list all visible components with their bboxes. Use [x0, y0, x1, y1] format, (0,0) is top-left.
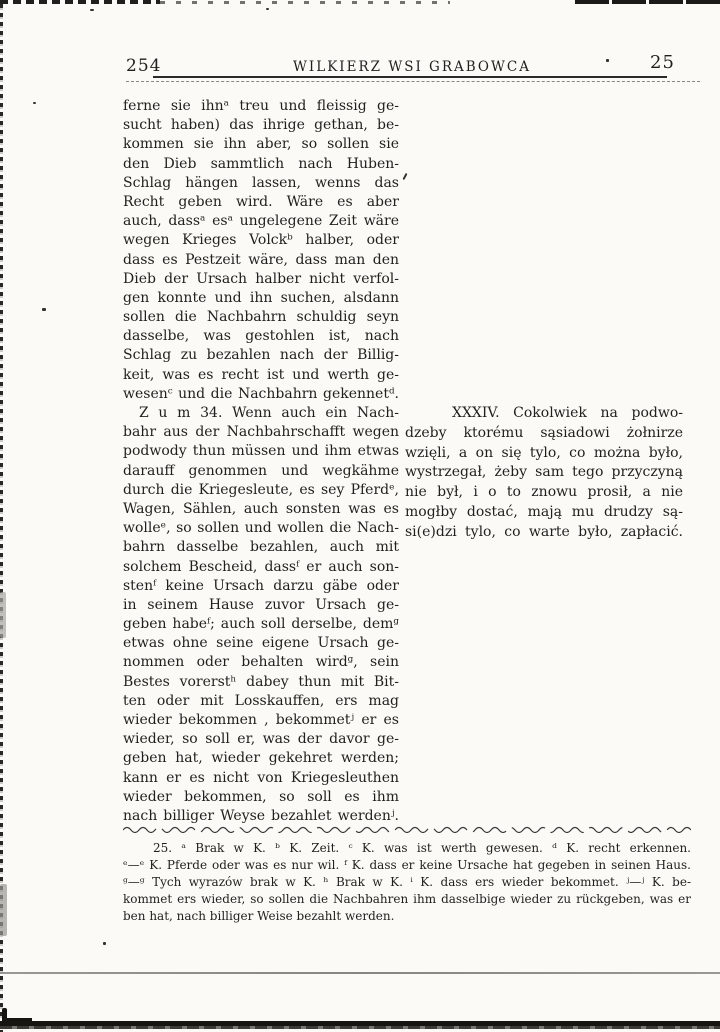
- text-line: wystrzegał, żeby sam tego przyczyną: [405, 463, 683, 483]
- text-line: solchem Bescheid, dassᶠ er auch son-: [123, 558, 399, 577]
- text-line: durch die Kriegesleute, es sey Pferdᵉ,: [123, 481, 399, 500]
- text-line: Schlag hängen lassen, wenns das: [123, 174, 399, 193]
- text-line: sucht haben) das ihrige gethan, be-: [123, 116, 399, 135]
- text-line: nie był, i o to znowu prosił, a nie: [405, 483, 683, 503]
- text-line: dass es Pestzeit wäre, dass man den: [123, 251, 399, 270]
- text-line: Bestes vorerstʰ dabey thun mit Bit-: [123, 673, 399, 692]
- scan-speck: [42, 308, 46, 311]
- header-rule-broken: [126, 81, 700, 82]
- text-line: 25. ᵃ Brak w K. ᵇ K. Zeit. ᶜ K. was ist …: [123, 840, 691, 857]
- scan-speck: [33, 102, 36, 104]
- scan-edge-left: [0, 4, 3, 1032]
- text-line: Recht geben wird. Wäre es aber: [123, 193, 399, 212]
- text-line: auch, dassᵃ esᵃ ungelegene Zeit wäre: [123, 212, 399, 231]
- header-rule: [153, 76, 667, 78]
- text-line: mogłby dostać, mają mu drudzy są-: [405, 503, 683, 523]
- scan-noise-top-right: [575, 0, 720, 4]
- page-number-right: 25: [650, 52, 675, 73]
- page-bottom-edge-line: [0, 972, 720, 974]
- text-line: keit, was es recht ist und werth ge-: [123, 366, 399, 385]
- text-line: stenᶠ keine Ursach darzu gäbe oder: [123, 577, 399, 596]
- text-line: sollen die Nachbahrn schuldig seyn: [123, 308, 399, 327]
- text-line: Z u m 34. Wenn auch ein Nach-: [123, 404, 399, 423]
- text-line: podwody thun müssen und ihm etwas: [123, 442, 399, 461]
- text-line: nommen oder behalten wirdᵍ, sein: [123, 653, 399, 672]
- text-line: wieder, so soll er, was der davor ge-: [123, 730, 399, 749]
- scan-bar-bottom-shadow: [0, 1026, 720, 1029]
- text-line: kommet ers wieder, so sollen die Nachbah…: [123, 891, 691, 908]
- text-line: XXXIV. Cokolwiek na podwo-: [405, 404, 683, 424]
- text-line: dasselbe, was gestohlen ist, nach Hube-: [123, 327, 399, 346]
- scan-speck: [266, 8, 269, 10]
- text-line: gen konnte und ihn suchen, alsdann: [123, 289, 399, 308]
- footnote-separator-wavy-line: [123, 823, 691, 833]
- text-line: ᵍ—ᵍ Tych wyrazów brak w K. ʰ Brak w K. ⁱ…: [123, 874, 691, 891]
- text-line: Dieb der Ursach halber nicht verfol-: [123, 270, 399, 289]
- german-text-column: ferne sie ihnᵃ treu und fleissig ge-such…: [123, 97, 399, 826]
- text-line: wzięli, a on się tylo, co można było,: [405, 444, 683, 464]
- text-line: ten oder mit Losskauffen, ers mag: [123, 692, 399, 711]
- text-line: ben hat, nach billiger Weise bezahlt wer…: [123, 908, 691, 925]
- text-line: ferne sie ihnᵃ treu und fleissig ge-: [123, 97, 399, 116]
- scan-blotch: [0, 884, 7, 936]
- text-line: kommen sie ihn aber, so sollen sie: [123, 135, 399, 154]
- text-line: wieder bekommen , bekommetʲ er es: [123, 711, 399, 730]
- scan-mark-bottom-left: [2, 1018, 32, 1026]
- text-line: si(e)dzi tylo, co warte było, zapłacić.: [405, 523, 683, 543]
- footnotes: 25. ᵃ Brak w K. ᵇ K. Zeit. ᶜ K. was ist …: [123, 840, 691, 925]
- text-line: bahr aus der Nachbahrschafft wegen: [123, 423, 399, 442]
- polish-text-column: XXXIV. Cokolwiek na podwo-dzeby ktorému …: [405, 404, 683, 543]
- page-number-left: 254: [126, 56, 161, 76]
- text-line: etwas ohne seine eigene Ursach ge-: [123, 634, 399, 653]
- text-line: ᵉ—ᵉ K. Pferde oder was es nur wil. ᶠ K. …: [123, 857, 691, 874]
- running-title: WILKIERZ WSI GRABOWCA: [247, 59, 577, 75]
- text-line: wieder bekommen, so soll es ihm: [123, 788, 399, 807]
- text-line: dzeby ktorému sąsiadowi żołnirze: [405, 424, 683, 444]
- scan-speck: [90, 9, 94, 11]
- wavy-path: [123, 828, 691, 833]
- scan-speck: [606, 59, 609, 62]
- text-line: kann er es nicht von Kriegesleuthen: [123, 769, 399, 788]
- scan-speck: [103, 942, 106, 945]
- text-line: wolleᵉ, so sollen und wollen die Nach-: [123, 519, 399, 538]
- text-line: wesenᶜ und die Nachbahrn gekennetᵈ.: [123, 385, 399, 404]
- scan-speck: [402, 173, 407, 180]
- text-line: bahrn dasselbe bezahlen, auch mit: [123, 538, 399, 557]
- text-line: wegen Krieges Volckᵇ halber, oder: [123, 231, 399, 250]
- scanned-page: 254 WILKIERZ WSI GRABOWCA 25 ferne sie i…: [0, 0, 720, 1032]
- text-line: Schlag zu bezahlen nach der Billig-: [123, 346, 399, 365]
- scan-noise-top-middle: [160, 1, 450, 4]
- text-line: in seinem Hause zuvor Ursach ge-: [123, 596, 399, 615]
- text-line: geben hat, wieder gekehret werden;: [123, 749, 399, 768]
- text-line: Wagen, Sählen, auch sonsten was es: [123, 500, 399, 519]
- text-line: darauff genommen und wegkähme: [123, 462, 399, 481]
- scan-noise-top-left: [0, 0, 160, 4]
- scan-blotch: [0, 592, 6, 638]
- text-line: den Dieb sammtlich nach Huben-: [123, 155, 399, 174]
- text-line: geben habeᶠ; auch soll derselbe, demᵍ: [123, 615, 399, 634]
